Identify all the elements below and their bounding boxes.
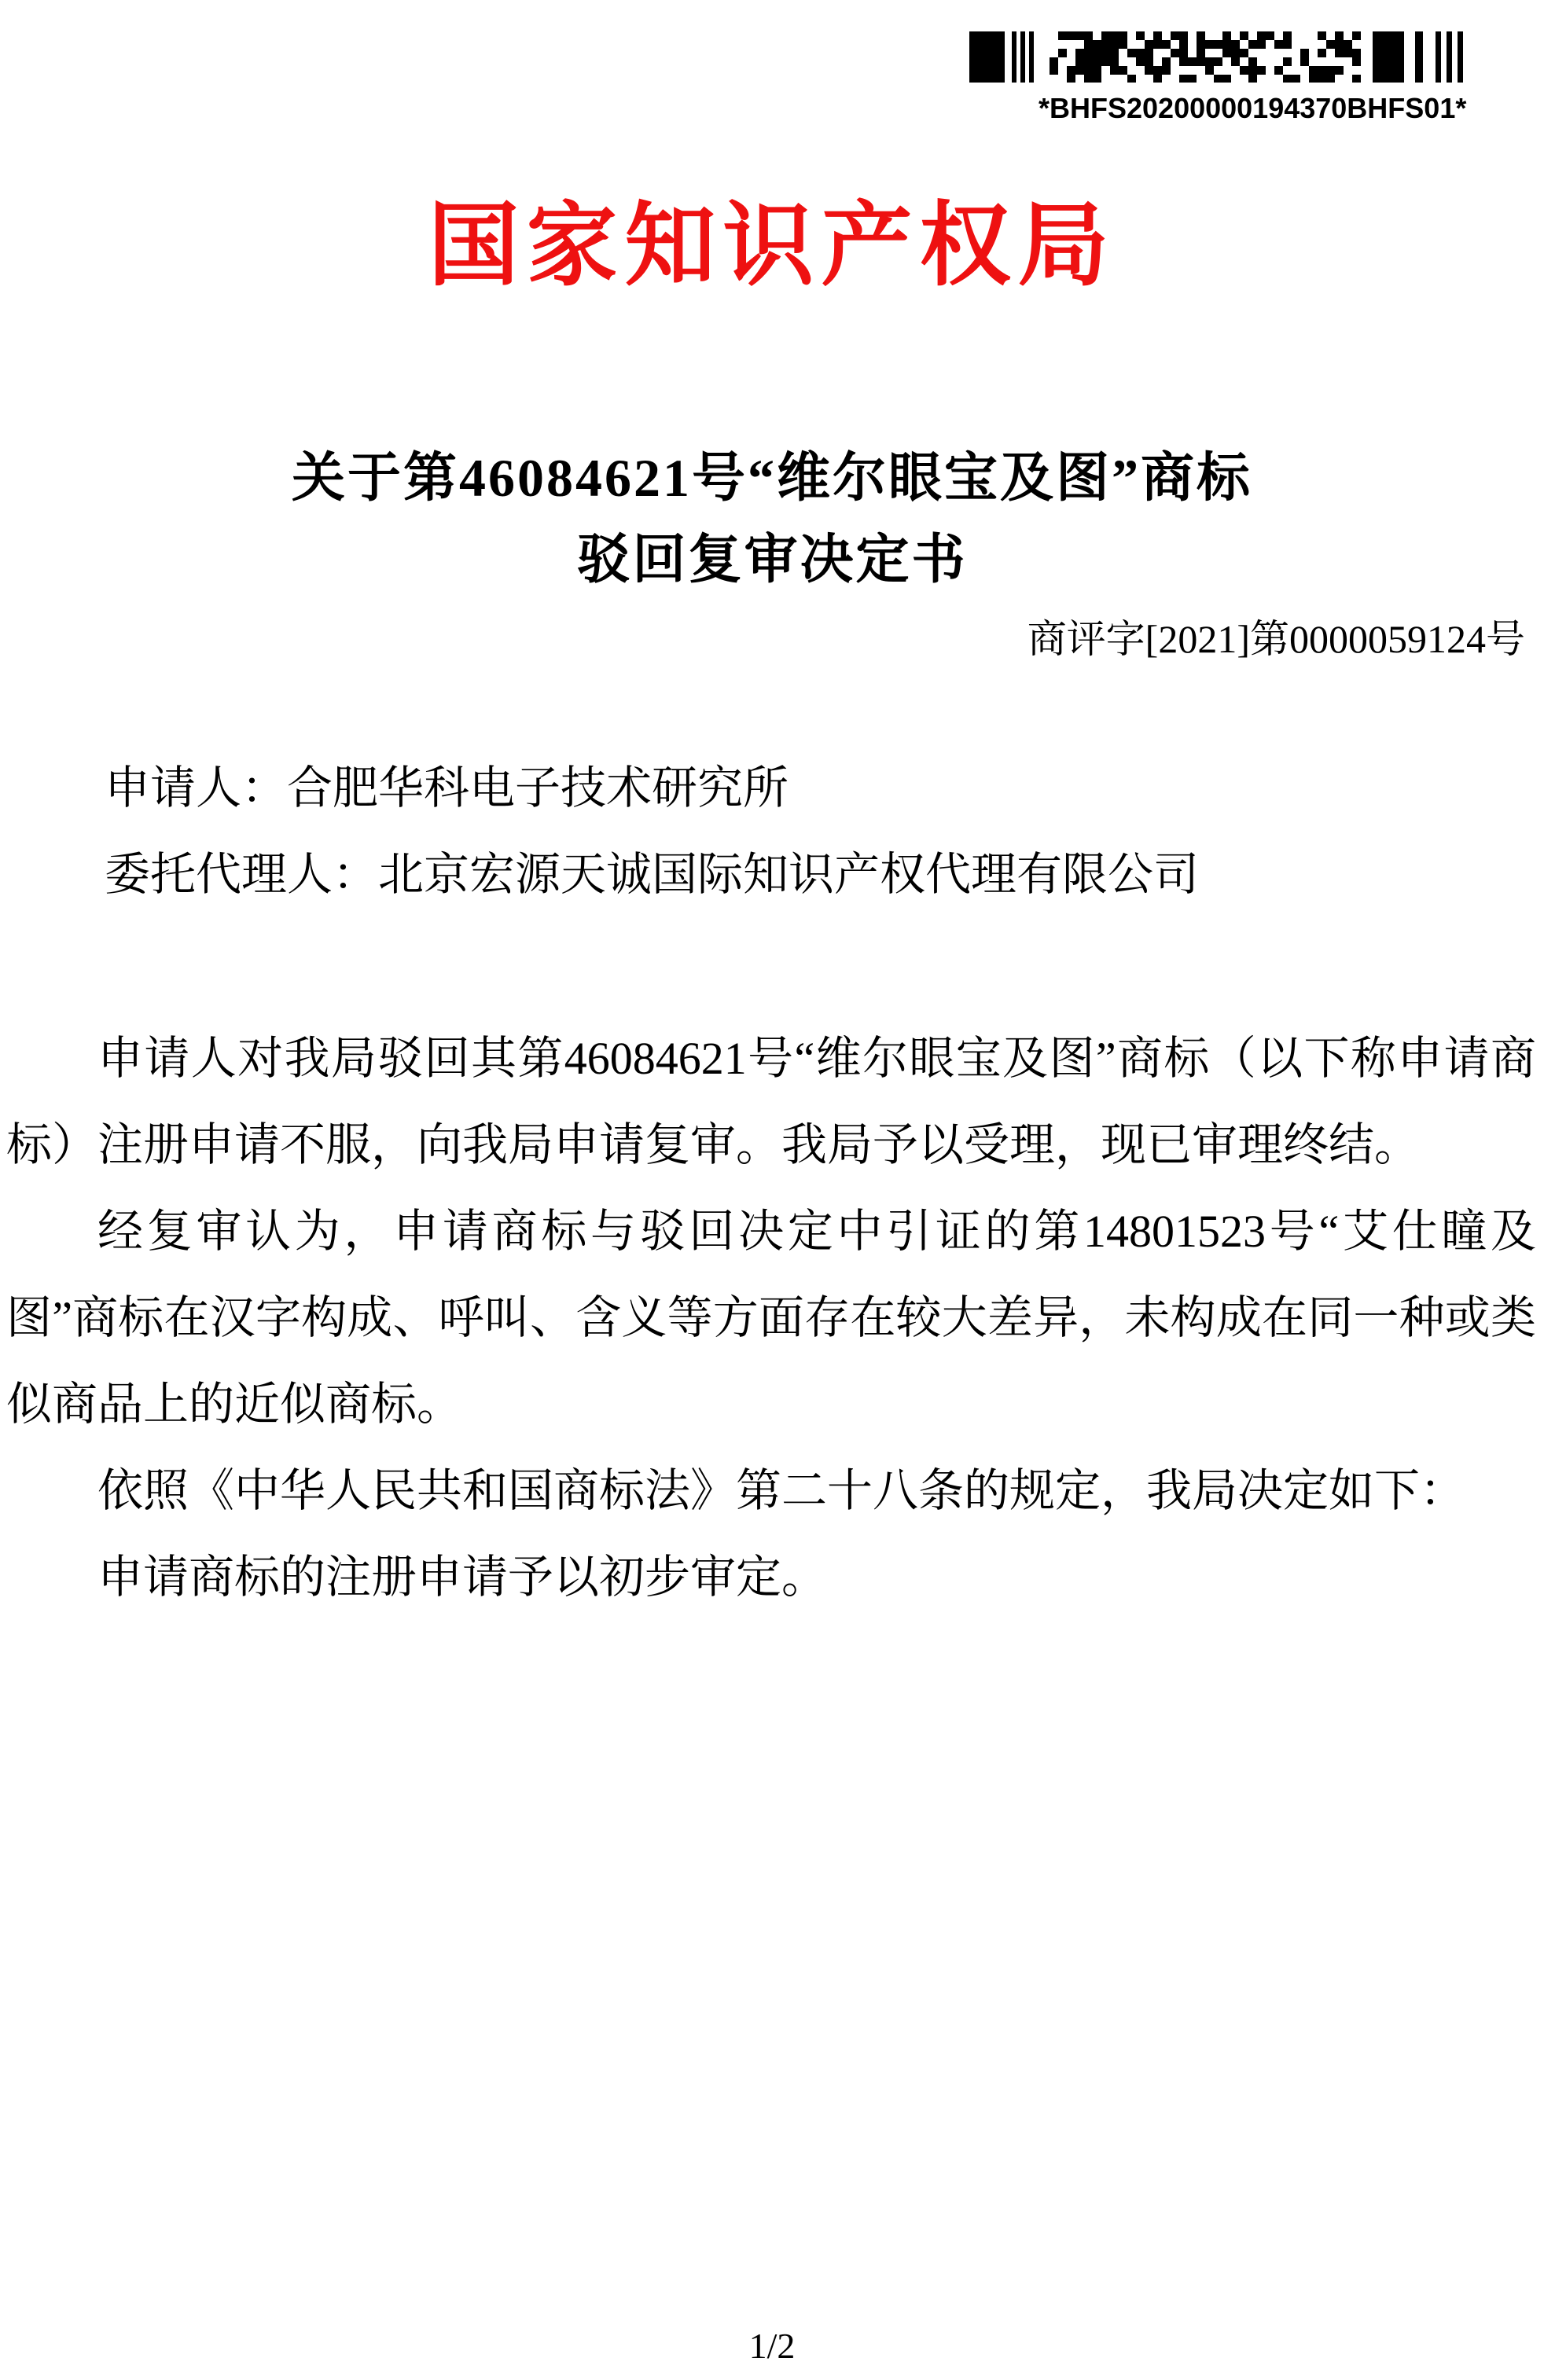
body-paragraph: 经复审认为，申请商标与驳回决定中引证的第14801523号“艾仕瞳及图”商标在汉… bbox=[6, 1188, 1536, 1448]
barcode: *BHFS20200000194370BHFS01* bbox=[969, 31, 1466, 125]
agency-title: 国家知识产权局 bbox=[0, 190, 1544, 300]
decision-body: 申请人对我局驳回其第46084621号“维尔眼宝及图”商标（以下称申请商标）注册… bbox=[6, 1016, 1536, 1621]
barcode-text: *BHFS20200000194370BHFS01* bbox=[969, 92, 1466, 125]
barcode-icon bbox=[969, 31, 1465, 83]
document-title-line1: 关于第46084621号“维尔眼宝及图”商标 bbox=[0, 437, 1544, 519]
document-title: 关于第46084621号“维尔眼宝及图”商标 驳回复审决定书 bbox=[0, 437, 1544, 601]
body-paragraph: 依照《中华人民共和国商标法》第二十八条的规定，我局决定如下： bbox=[6, 1448, 1536, 1534]
document-page: *BHFS20200000194370BHFS01* 国家知识产权局 关于第46… bbox=[0, 0, 1544, 2380]
agent-line: 委托代理人：北京宏源天诚国际知识产权代理有限公司 bbox=[6, 832, 1536, 918]
applicant-line: 申请人：合肥华科电子技术研究所 bbox=[6, 745, 1536, 832]
page-number: 1/2 bbox=[0, 2325, 1544, 2367]
body-paragraph: 申请商标的注册申请予以初步审定。 bbox=[6, 1534, 1536, 1621]
body-paragraph: 申请人对我局驳回其第46084621号“维尔眼宝及图”商标（以下称申请商标）注册… bbox=[6, 1016, 1536, 1188]
reference-number: 商评字[2021]第0000059124号 bbox=[1027, 616, 1525, 662]
document-title-line2: 驳回复审决定书 bbox=[0, 519, 1544, 601]
parties-block: 申请人：合肥华科电子技术研究所 委托代理人：北京宏源天诚国际知识产权代理有限公司 bbox=[6, 745, 1536, 918]
